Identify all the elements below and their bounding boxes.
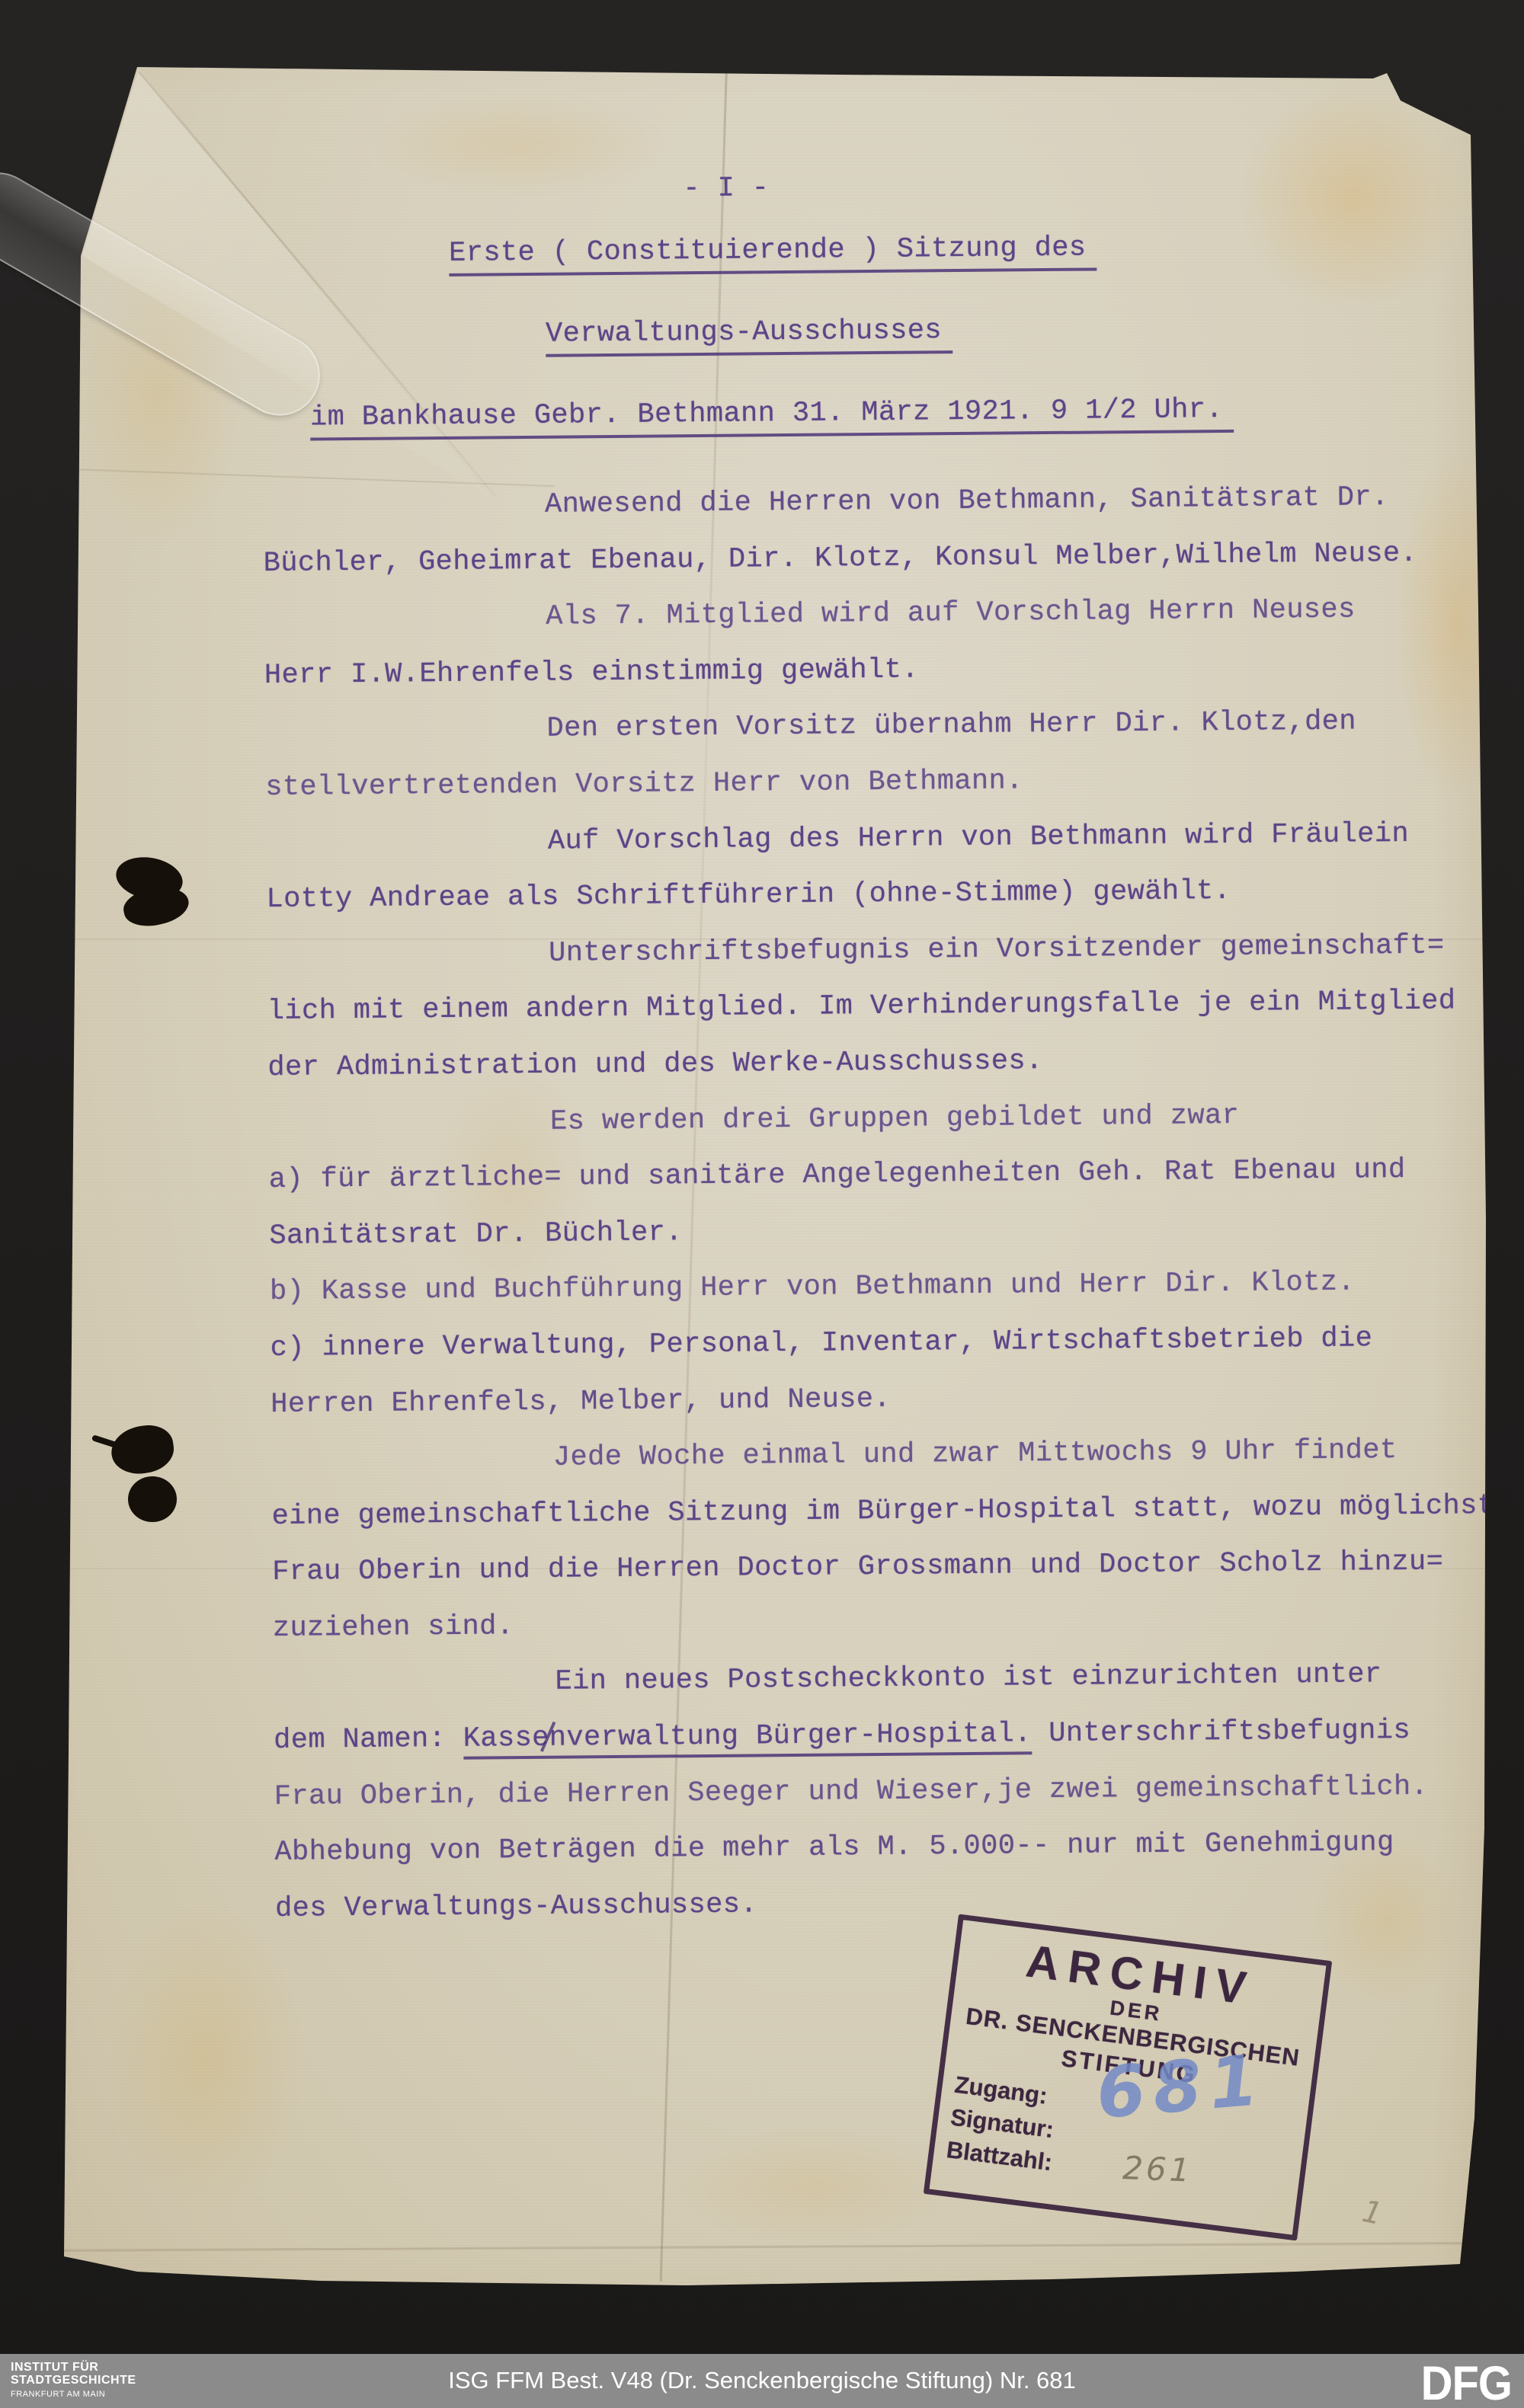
handwritten-blattzahl-number: 261	[1122, 2149, 1193, 2189]
typed-line: Als 7. Mitglied wird auf Vorschlag Herrn…	[264, 581, 1506, 648]
typed-line: Unterschriftsbefugnis ein Vorsitzender g…	[267, 918, 1510, 985]
typed-line: zuziehen sind.	[273, 1591, 1516, 1658]
document-title-line3: im Bankhause Gebr. Bethmann 31. März 192…	[310, 394, 1234, 434]
typed-line: Auf Vorschlag des Herrn von Bethmann wir…	[266, 805, 1509, 872]
typed-line: Frau Oberin, die Herren Seeger und Wiese…	[274, 1758, 1517, 1825]
typed-line: dem Namen: Kassenverwaltung Bürger-Hospi…	[274, 1703, 1516, 1770]
typed-line: a) für ärztliche= und sanitäre Angelegen…	[268, 1142, 1511, 1209]
typed-line: eine gemeinschaftliche Sitzung im Bürger…	[271, 1478, 1514, 1545]
typed-line: Sanitätsrat Dr. Büchler.	[269, 1198, 1512, 1265]
typed-line: Abhebung von Beträgen die mehr als M. 5.…	[274, 1815, 1517, 1882]
typed-line: Büchler, Geheimrat Ebenau, Dir. Klotz, K…	[263, 525, 1506, 592]
typed-line: Anwesend die Herren von Bethmann, Sanitä…	[263, 469, 1506, 536]
archival-reference-caption: ISG FFM Best. V48 (Dr. Senckenbergische …	[0, 2367, 1524, 2394]
typed-line: Frau Oberin und die Herren Doctor Grossm…	[272, 1534, 1515, 1601]
typed-line: Herr I.W.Ehrenfels einstimmig gewählt.	[264, 638, 1507, 705]
typed-line: Es werden drei Gruppen gebildet und zwar	[268, 1086, 1511, 1153]
typed-line: c) innere Verwaltung, Personal, Inventar…	[270, 1310, 1513, 1377]
scan-viewer: - I - Erste ( Constituierende ) Sitzung …	[0, 0, 1524, 2408]
viewer-caption-bar: INSTITUT FÜR STADTGESCHICHTE FRANKFURT A…	[0, 2354, 1524, 2408]
handwritten-zugang-number: 681	[1093, 2039, 1269, 2135]
typed-line: der Administration und des Werke-Ausschu…	[267, 1030, 1510, 1097]
archive-stamp: ARCHIV DER DR. SENCKENBERGISCHEN STIFTUN…	[924, 1914, 1332, 2241]
typed-line: des Verwaltungs-Ausschusses.	[275, 1871, 1518, 1938]
typed-line: Den ersten Vorsitz übernahm Herr Dir. Kl…	[264, 693, 1507, 760]
body-lines: Anwesend die Herren von Bethmann, Sanitä…	[263, 469, 1518, 1938]
document-title-line2: Verwaltungs-Ausschusses	[546, 315, 952, 350]
page-number: - I -	[683, 172, 769, 205]
typed-line: lich mit einem andern Mitglied. Im Verhi…	[267, 974, 1510, 1041]
typed-line: Ein neues Postscheckkonto ist einzuricht…	[273, 1646, 1516, 1713]
dfg-logo: DFG	[1421, 2356, 1512, 2408]
typed-line: stellvertretenden Vorsitz Herr von Bethm…	[265, 750, 1508, 817]
typed-line: b) Kasse und Buchführung Herr von Bethma…	[270, 1254, 1513, 1321]
document-title-line1: Erste ( Constituierende ) Sitzung des	[449, 232, 1097, 269]
typed-line: Jede Woche einmal und zwar Mittwochs 9 U…	[271, 1422, 1514, 1489]
typed-line: Herren Ehrenfels, Melber, und Neuse.	[271, 1366, 1513, 1433]
typed-line: Lotty Andreae als Schriftführerin (ohne-…	[266, 862, 1509, 929]
